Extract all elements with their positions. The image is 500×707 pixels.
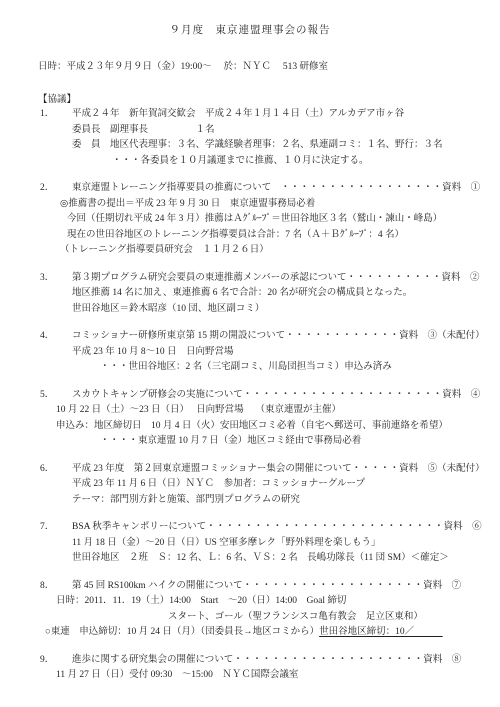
item-number: 6．	[40, 462, 72, 478]
doc-text: 11 月 27 日（日）受付 09:30 〜15:00 ＮＹＣ国際会議室	[56, 670, 298, 680]
doc-line: 現在の世田谷地区のトレーニング指導要員は合計：7 名（Ａ＋Ｂｸﾞﾙｰﾌﾟ：4 名…	[0, 228, 500, 244]
item-number: 7．	[40, 520, 72, 536]
agenda-item-8: 8．第 45 回 RS100km ハイクの開催について・・・・・・・・・・・・・…	[0, 579, 500, 641]
doc-line: ・・・世田谷地区：2 名（三宅副コミ、川島団担当コミ）申込み済み	[0, 360, 500, 376]
doc-line: 7．BSA 秋季キャンポリーについて・・・・・・・・・・・・・・・・・・・・・・…	[0, 520, 500, 536]
item-number: 4．	[40, 329, 72, 345]
doc-line: 11 月 27 日（日）受付 09:30 〜15:00 ＮＹＣ国際会議室	[0, 668, 500, 684]
doc-line: 9．進歩に関する研究集会の開催について・・・・・・・・・・・・・・・・・・・・資…	[0, 653, 500, 669]
doc-text: 平成 23 年 10 月 8〜10 日 日向野営場	[72, 347, 234, 357]
doc-line: （トレーニング指導要員研究会 １１月２６日）	[0, 243, 500, 259]
doc-line: 申込み：地区締切日 10 月 4 日（火）安田地区コミ必着（自宅へ郵送可、事前連…	[0, 419, 500, 435]
doc-text: 第３期プログラム研究会要員の東連推薦メンバーの承認について・・・・・・・・・・資…	[72, 273, 480, 283]
doc-line: ○東連 申込締切：10 月 24 日（月）（団委員長→地区コミから）世田谷地区締…	[0, 625, 500, 641]
doc-line: 10 月 22 日（土）〜23 日（日） 日向野営場 （東京連盟が主催）	[0, 403, 500, 419]
doc-line: 委員長 副理事長 １名	[0, 123, 500, 139]
doc-text: 第 45 回 RS100km ハイクの開催について・・・・・・・・・・・・・・・…	[72, 581, 461, 591]
doc-text: 委 員 地区代表理事：３名、学識経験者理事：２名、県連副コミ：１名、野行：３名	[72, 140, 443, 150]
agenda-item-9: 9．進歩に関する研究集会の開催について・・・・・・・・・・・・・・・・・・・・資…	[0, 653, 500, 684]
doc-text: BSA 秋季キャンポリーについて・・・・・・・・・・・・・・・・・・・・・・・・…	[72, 522, 482, 532]
doc-text: （トレーニング指導要員研究会 １１月２６日）	[60, 245, 269, 255]
doc-text: 平成２４年 新年賀詞交歓会 平成２４年１月１４日（土）アルカデア市ヶ谷	[72, 109, 404, 119]
document-page: ９月度 東京連盟理事会の報告 日時：平成２３年９月９日（金）19:00〜 於：Ｎ…	[0, 0, 500, 707]
item-number: 8．	[40, 579, 72, 595]
agenda-item-6: 6．平成 23 年度 第２回東京連盟コミッショナー集会の開催について・・・・・資…	[0, 462, 500, 509]
doc-text: 世田谷地区＝鈴木昭彦（10 団、地区副コミ）	[72, 304, 264, 314]
datetime-line: 日時：平成２３年９月９日（金）19:00〜 於：ＮＹＣ 513 研修室	[0, 58, 500, 72]
doc-text: ・・・世田谷地区：2 名（三宅副コミ、川島団担当コミ）申込み済み	[100, 362, 392, 372]
document-title: ９月度 東京連盟理事会の報告	[0, 0, 500, 37]
doc-text: スカウトキャンプ研修会の実施について・・・・・・・・・・・・・・・・・・・・・資…	[72, 390, 480, 400]
agenda-list: 1．平成２４年 新年賀詞交歓会 平成２４年１月１４日（土）アルカデア市ヶ谷委員長…	[0, 107, 500, 684]
doc-text: コミッショナー研修所東京第 15 期の開設について・・・・・・・・・・・・資料 …	[72, 331, 485, 341]
doc-text: ・・・・東京連盟 10 月 7 日（金）地区コミ経由で事務局必着	[100, 436, 361, 446]
doc-line: 1．平成２４年 新年賀詞交歓会 平成２４年１月１４日（土）アルカデア市ヶ谷	[0, 107, 500, 123]
item-number: 9．	[40, 653, 72, 669]
doc-line: 平成 23 年 10 月 8〜10 日 日向野営場	[0, 345, 500, 361]
agenda-item-1: 1．平成２４年 新年賀詞交歓会 平成２４年１月１４日（土）アルカデア市ヶ谷委員長…	[0, 107, 500, 169]
doc-line: 5．スカウトキャンプ研修会の実施について・・・・・・・・・・・・・・・・・・・・…	[0, 388, 500, 404]
doc-line: 2．東京連盟トレーニング指導要員の推薦について ・・・・・・・・・・・・・・・・…	[0, 181, 500, 197]
doc-line: 地区推薦 14 名に加え、東連推薦 6 名で合計：20 名が研究会の構成員となっ…	[0, 286, 500, 302]
doc-text: 平成 23 年 11 月 6 日（日）ＮＹＣ 参加者：コミッショナーグループ	[72, 479, 365, 489]
item-number: 5．	[40, 388, 72, 404]
doc-line: 6．平成 23 年度 第２回東京連盟コミッショナー集会の開催について・・・・・資…	[0, 462, 500, 478]
doc-text: ◎推薦書の提出＝平成 23 年 9 月 30 日 東京連盟事務局必着	[60, 199, 315, 209]
doc-text: 世田谷地区 ２班 Ｓ：12 名、Ｌ：6 名、ＶＳ：2 名 長嶋功隊長（11 団 …	[72, 553, 449, 563]
doc-text-underlined: 世田谷地区締切：10／	[319, 627, 443, 637]
doc-text: テーマ：部門別方針と施策、部門別プログラムの研究	[72, 495, 300, 505]
doc-line: スタート、ゴール（聖フランシスコ亀有教会 足立区東和）	[0, 610, 500, 626]
agenda-item-2: 2．東京連盟トレーニング指導要員の推薦について ・・・・・・・・・・・・・・・・…	[0, 181, 500, 259]
doc-text: 平成 23 年度 第２回東京連盟コミッショナー集会の開催について・・・・・資料 …	[72, 464, 485, 474]
doc-text: 日時：2011．11．19（土）14:00 Start 〜20（日）14:00 …	[56, 596, 346, 606]
agenda-item-3: 3．第３期プログラム研究会要員の東連推薦メンバーの承認について・・・・・・・・・…	[0, 271, 500, 318]
doc-line: 4．コミッショナー研修所東京第 15 期の開設について・・・・・・・・・・・・資…	[0, 329, 500, 345]
doc-line: 3．第３期プログラム研究会要員の東連推薦メンバーの承認について・・・・・・・・・…	[0, 271, 500, 287]
doc-text: 進歩に関する研究集会の開催について・・・・・・・・・・・・・・・・・・・・資料 …	[72, 655, 461, 665]
doc-line: 日時：2011．11．19（土）14:00 Start 〜20（日）14:00 …	[0, 594, 500, 610]
doc-line: 世田谷地区＝鈴木昭彦（10 団、地区副コミ）	[0, 302, 500, 318]
section-header: 【協議】	[0, 91, 500, 105]
agenda-item-4: 4．コミッショナー研修所東京第 15 期の開設について・・・・・・・・・・・・資…	[0, 329, 500, 376]
doc-line: 今回（任期切れ平成 24 年 3 月）推薦はＡｸﾞﾙｰﾌﾟ＝世田谷地区３名（鷲山…	[0, 212, 500, 228]
doc-text: 11 月 18 日（金）〜20 日（日）US 空軍多摩レク「野外料理を楽しもう」	[72, 538, 380, 548]
doc-text: 現在の世田谷地区のトレーニング指導要員は合計：7 名（Ａ＋Ｂｸﾞﾙｰﾌﾟ：4 名…	[67, 230, 404, 240]
item-number: 1．	[40, 107, 72, 123]
doc-text: ・・・各委員を１０月議運までに推薦、１０月に決定する。	[112, 156, 369, 166]
doc-line: 平成 23 年 11 月 6 日（日）ＮＹＣ 参加者：コミッショナーグループ	[0, 477, 500, 493]
doc-line: 11 月 18 日（金）〜20 日（日）US 空軍多摩レク「野外料理を楽しもう」	[0, 536, 500, 552]
doc-text: 地区推薦 14 名に加え、東連推薦 6 名で合計：20 名が研究会の構成員となっ…	[72, 288, 412, 298]
doc-line: ・・・各委員を１０月議運までに推薦、１０月に決定する。	[0, 154, 500, 170]
doc-text: ○東連 申込締切：10 月 24 日（月）（団委員長→地区コミから）	[45, 627, 319, 637]
doc-line: 委 員 地区代表理事：３名、学識経験者理事：２名、県連副コミ：１名、野行：３名	[0, 138, 500, 154]
doc-text: 10 月 22 日（土）〜23 日（日） 日向野営場 （東京連盟が主催）	[56, 405, 341, 415]
item-number: 3．	[40, 271, 72, 287]
agenda-item-7: 7．BSA 秋季キャンポリーについて・・・・・・・・・・・・・・・・・・・・・・…	[0, 520, 500, 567]
agenda-item-5: 5．スカウトキャンプ研修会の実施について・・・・・・・・・・・・・・・・・・・・…	[0, 388, 500, 450]
doc-text: 委員長 副理事長 １名	[72, 125, 215, 135]
doc-text: 東京連盟トレーニング指導要員の推薦について ・・・・・・・・・・・・・・・・・資…	[72, 183, 480, 193]
doc-text: 今回（任期切れ平成 24 年 3 月）推薦はＡｸﾞﾙｰﾌﾟ＝世田谷地区３名（鷲山…	[67, 214, 442, 224]
doc-line: 世田谷地区 ２班 Ｓ：12 名、Ｌ：6 名、ＶＳ：2 名 長嶋功隊長（11 団 …	[0, 551, 500, 567]
doc-line: ◎推薦書の提出＝平成 23 年 9 月 30 日 東京連盟事務局必着	[0, 197, 500, 213]
doc-line: テーマ：部門別方針と施策、部門別プログラムの研究	[0, 493, 500, 509]
doc-text: 申込み：地区締切日 10 月 4 日（火）安田地区コミ必着（自宅へ郵送可、事前連…	[56, 421, 448, 431]
doc-text: スタート、ゴール（聖フランシスコ亀有教会 足立区東和）	[168, 612, 423, 622]
item-number: 2．	[40, 181, 72, 197]
doc-line: 8．第 45 回 RS100km ハイクの開催について・・・・・・・・・・・・・…	[0, 579, 500, 595]
doc-line: ・・・・東京連盟 10 月 7 日（金）地区コミ経由で事務局必着	[0, 434, 500, 450]
